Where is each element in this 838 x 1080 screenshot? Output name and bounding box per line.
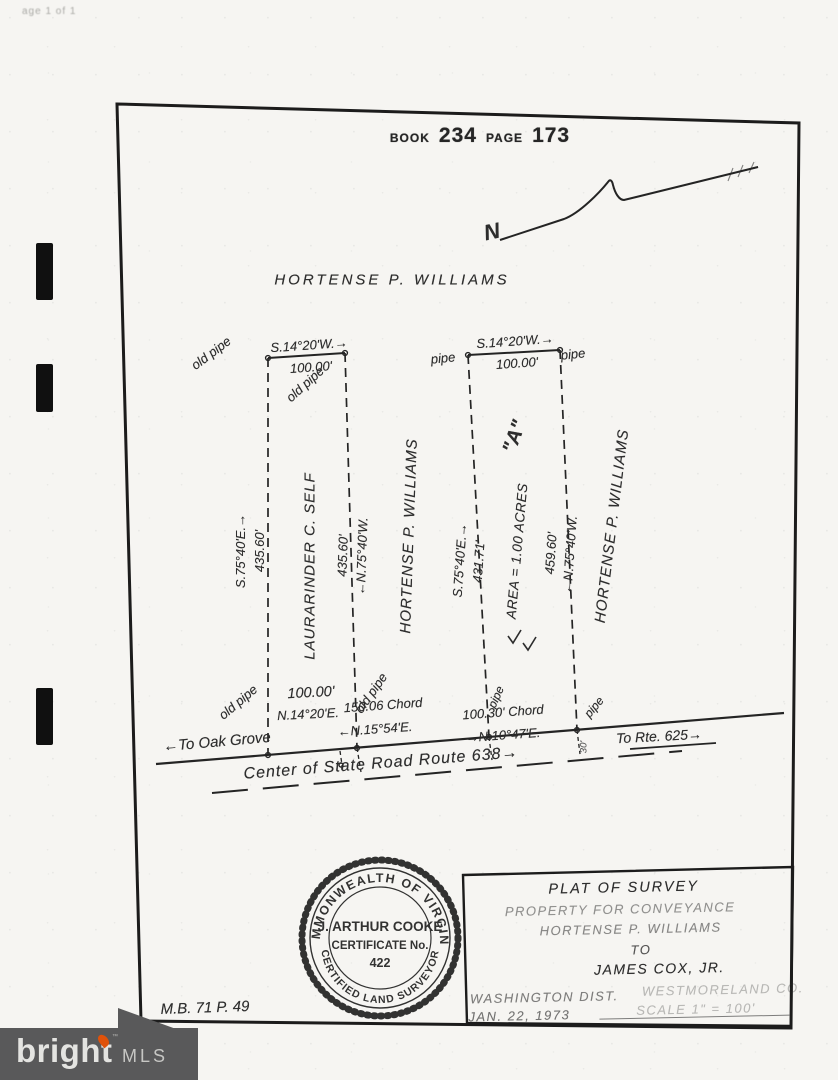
pipe-label: pipe: [430, 349, 456, 366]
title-line-1: PLAT OF SURVEY: [548, 879, 699, 898]
bearing: ←N.75°40'W.: [352, 517, 374, 596]
brightmls-logo: bright ™ MLS: [0, 1028, 198, 1080]
surveyor-seal: COMMONWEALTH OF VIRGINIA CERTIFIED LAND …: [302, 860, 458, 1016]
parcel-a-top-distance: 100.00': [495, 354, 538, 372]
binder-mark: [36, 243, 53, 300]
brightmls-logo-suffix: MLS: [122, 1046, 168, 1067]
parcel-left-west-line-label: S.75°40'E.→ 435.60': [232, 514, 270, 588]
title-block: PLAT OF SURVEY PROPERTY FOR CONVEYANCE H…: [463, 875, 793, 1025]
parcel-left-bottom-distance: 100.00': [287, 684, 335, 702]
trademark-symbol: ™: [112, 1034, 118, 1040]
parcel-a-east-line-label: 459.60' ←N.75°40'W.: [539, 514, 582, 594]
north-arrow: [500, 162, 758, 240]
title-line-2: PROPERTY FOR CONVEYANCE: [505, 899, 736, 919]
seal-cert-number: 422: [370, 956, 391, 970]
check-marks: [508, 630, 536, 650]
seal-cert-label: CERTIFICATE No.: [332, 940, 429, 952]
title-district: WASHINGTON DIST.: [470, 988, 619, 1006]
book-number: 234: [439, 124, 477, 148]
map-book-reference: M.B. 71 P. 49: [160, 998, 249, 1018]
road-half-width: 30': [579, 741, 590, 753]
binder-mark: [36, 688, 53, 745]
page-number: 173: [532, 124, 570, 148]
parcel-a-west-line-label: S.75°40'E.→ 431.71': [449, 523, 492, 600]
parcel-left-east-line-label: 435.60' ←N.75°40'W.: [333, 516, 373, 595]
pipe-label: pipe: [560, 345, 586, 362]
binder-mark: [36, 364, 53, 412]
page-label: PAGE: [486, 131, 523, 145]
title-date: JAN. 22, 1973: [468, 1007, 570, 1024]
title-county: WESTMORELAND CO.: [642, 980, 804, 998]
book-page-stamp: BOOK 234 PAGE 173: [390, 124, 570, 148]
title-line-3: HORTENSE P. WILLIAMS: [539, 920, 721, 939]
title-line-5: JAMES COX, JR.: [594, 959, 725, 978]
book-label: BOOK: [390, 131, 430, 145]
scanned-plat-page: age 1 of 1: [0, 0, 838, 1080]
page-count-note: age 1 of 1: [22, 6, 76, 17]
title-line-4: TO: [630, 942, 651, 957]
distance: 435.60': [251, 514, 270, 588]
bearing: S.75°40'E.→: [232, 514, 251, 588]
seal-surveyor-name: J. ARTHUR COOKE: [318, 919, 443, 934]
parcel-left-owner: LAURARINDER C. SELF: [302, 472, 319, 659]
neighbor-owner-top: HORTENSE P. WILLIAMS: [274, 272, 509, 289]
plat-sheet: COMMONWEALTH OF VIRGINIA CERTIFIED LAND …: [112, 96, 818, 1056]
